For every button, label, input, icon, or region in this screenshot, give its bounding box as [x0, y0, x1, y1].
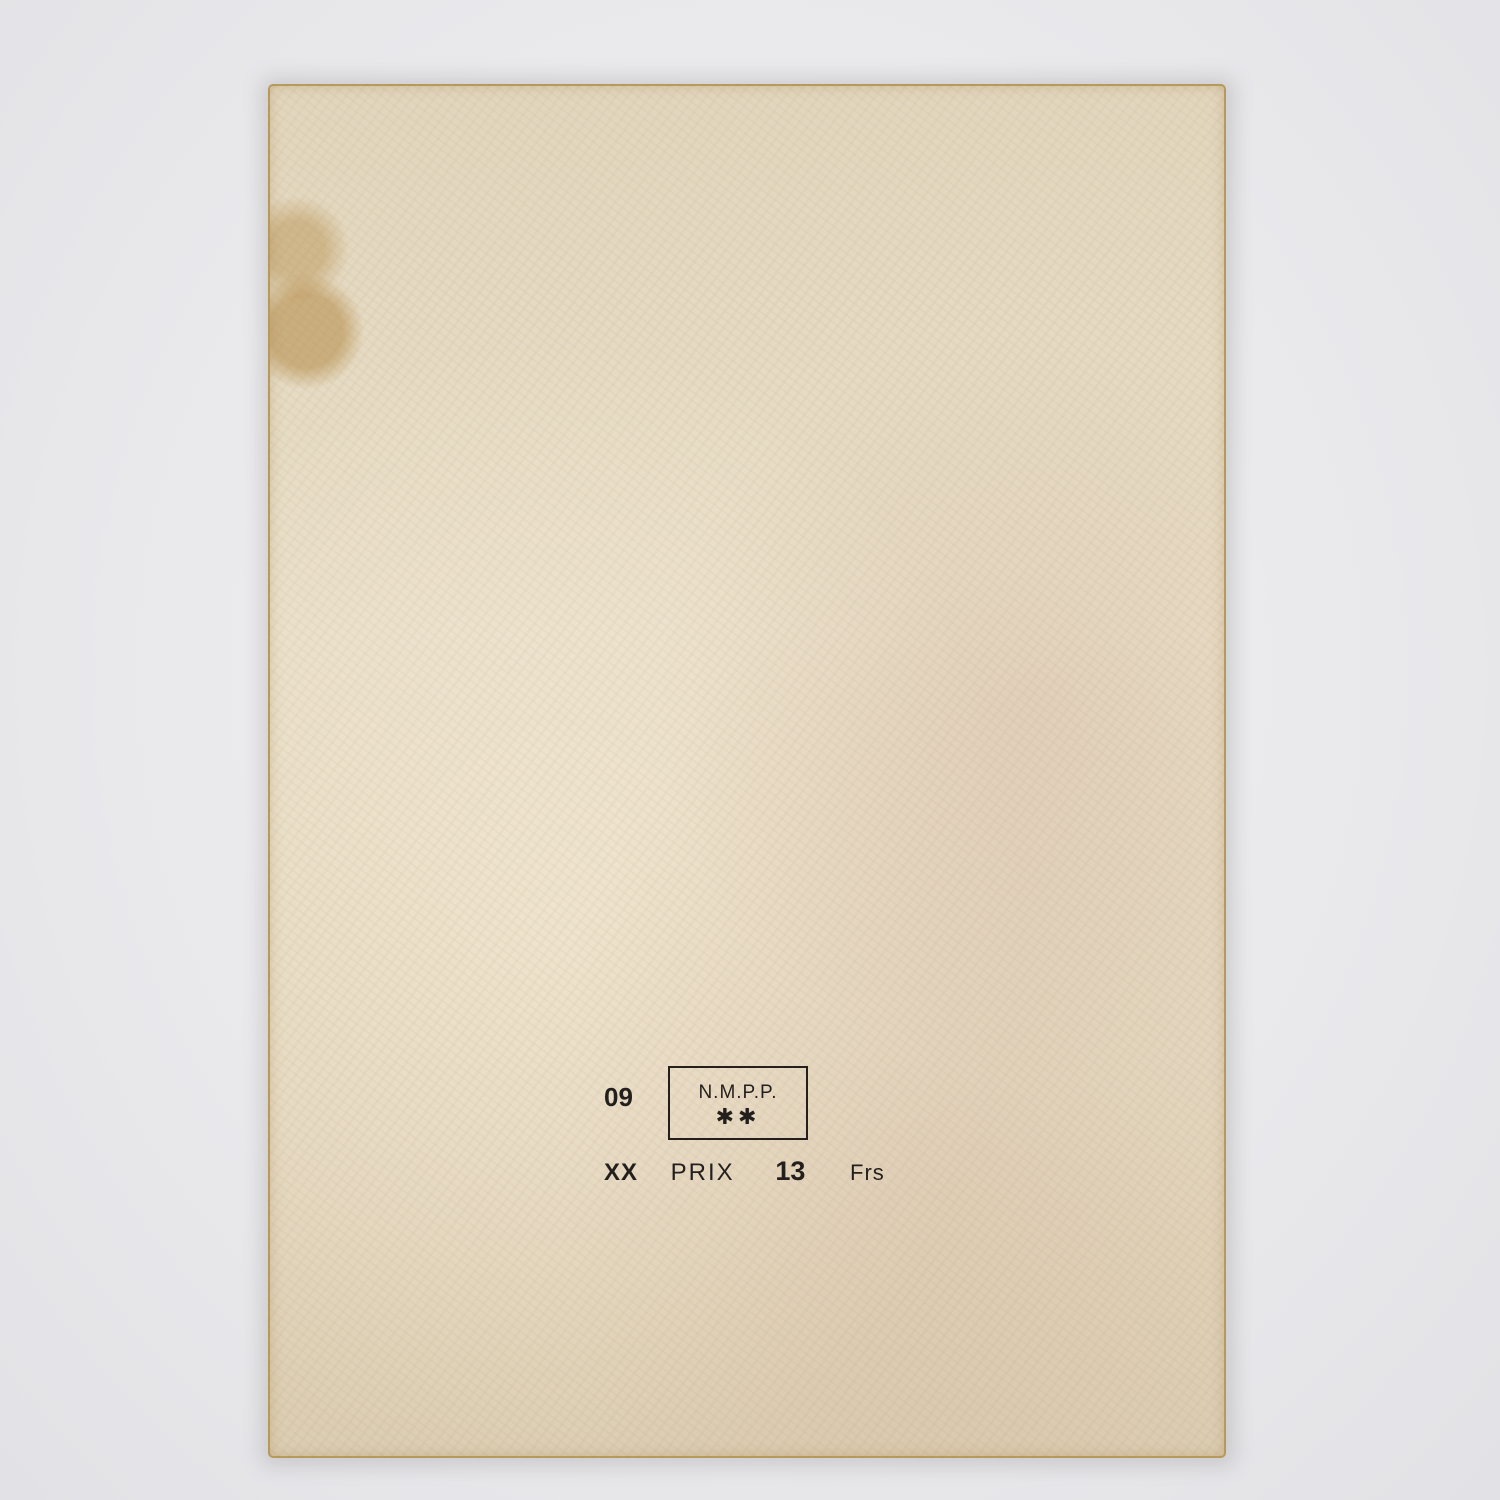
- star-icon: ✱✱: [670, 1106, 806, 1128]
- series-code: XX: [604, 1159, 664, 1187]
- issue-code: 09: [604, 1082, 633, 1113]
- price-label: PRIX: [671, 1159, 769, 1187]
- currency-label: Frs: [850, 1160, 885, 1186]
- price-value: 13: [775, 1156, 843, 1187]
- price-row: XX PRIX 13 Frs: [604, 1156, 885, 1187]
- distributor-label: N.M.P.P.: [670, 1082, 806, 1104]
- book-back-cover: [268, 84, 1226, 1458]
- distributor-box: N.M.P.P. ✱✱: [668, 1066, 808, 1140]
- price-imprint: 09 N.M.P.P. ✱✱ XX PRIX 13 Frs: [604, 1066, 884, 1190]
